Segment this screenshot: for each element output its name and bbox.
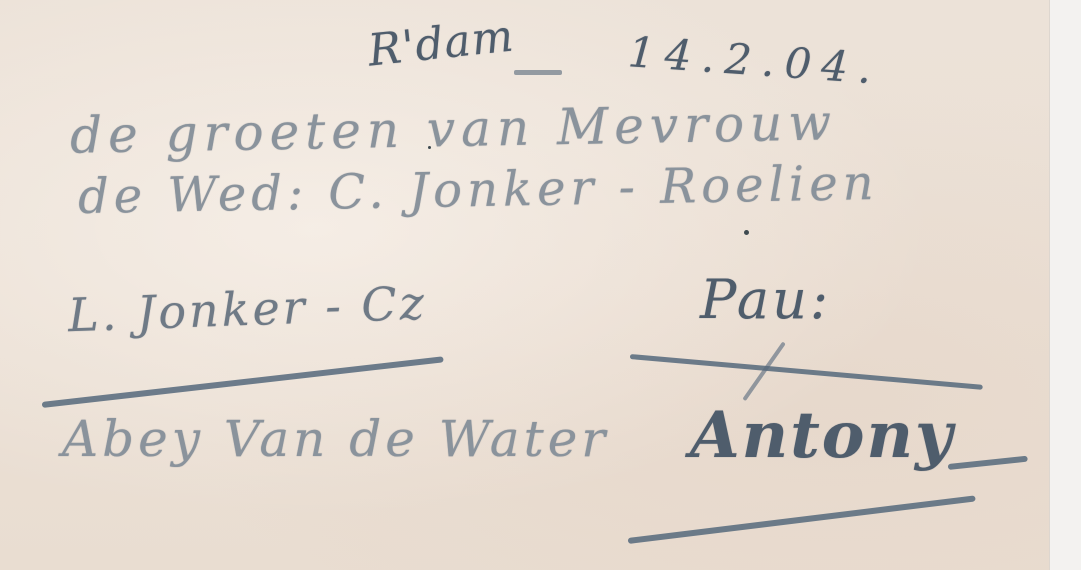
greeting-line-2: de Wed: C. Jonker - Roelien — [78, 155, 879, 225]
date-text: 14.2.04. — [627, 27, 883, 94]
ink-speck — [428, 146, 431, 149]
ink-speck — [744, 230, 749, 235]
place-underline — [514, 70, 562, 75]
signature-pau: Pau: — [700, 268, 831, 331]
signature-l-jonker: L. Jonker - Cz — [67, 276, 428, 342]
greeting-line-1: de groeten van Mevrouw — [70, 93, 838, 164]
note-paper: R'dam 14.2.04. de groeten van Mevrouw de… — [0, 0, 1049, 570]
strike-line-left — [42, 356, 444, 408]
place-text: R'dam — [366, 10, 517, 76]
antony-flourish — [948, 456, 1028, 470]
scan-border — [1049, 0, 1081, 570]
signature-van-de-water: Abey Van de Water — [62, 410, 609, 468]
strike-line-right — [630, 354, 983, 390]
antony-underline — [628, 495, 976, 544]
signature-antony: Antony — [690, 398, 954, 473]
